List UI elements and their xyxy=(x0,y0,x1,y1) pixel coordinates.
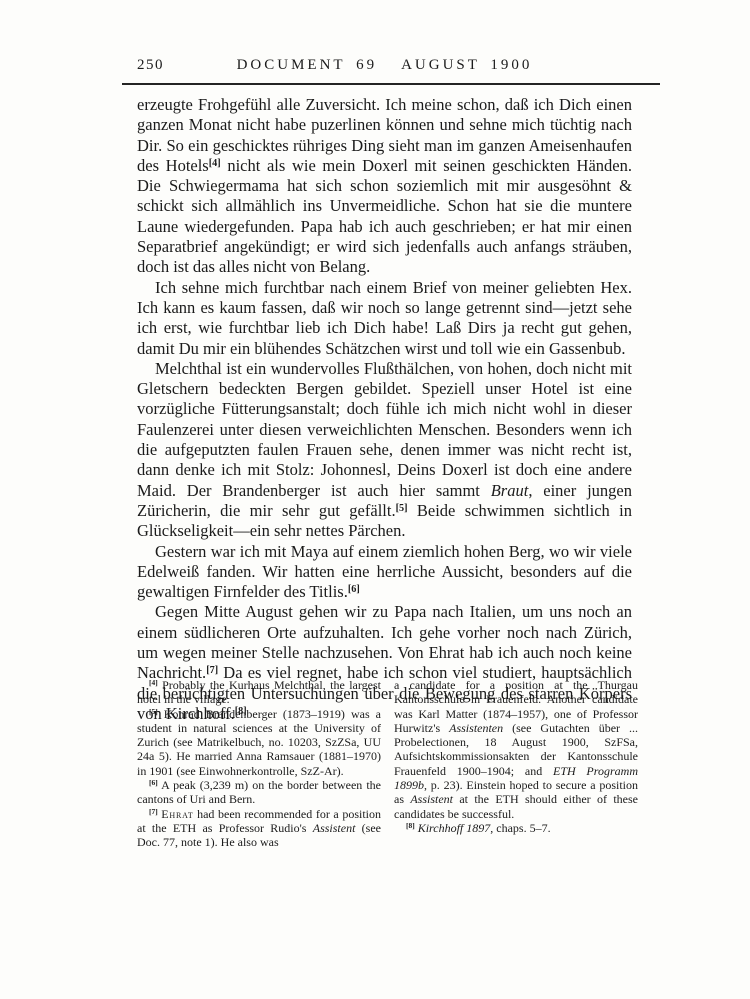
text-run: Gestern war ich mit Maya auf einem zieml… xyxy=(137,542,632,602)
footnote: [4] Probably the Kurhaus Melchthal, the … xyxy=(137,678,381,707)
footnote-marker: [4] xyxy=(209,158,221,169)
italic-text-run: Assistent xyxy=(410,792,453,806)
running-head-document-label: DOCUMENT 69 xyxy=(237,57,377,74)
text-run: Ich sehne mich furchtbar nach einem Brie… xyxy=(137,278,632,358)
footnote: [8] Kirchhoff 1897, chaps. 5–7. xyxy=(394,821,638,835)
footnote-marker: [6] xyxy=(149,778,158,787)
running-head: DOCUMENT 69 AUGUST 1900 xyxy=(137,57,632,74)
footnote: a candidate for a position at the Thurga… xyxy=(394,678,638,821)
footnote-marker: [4] xyxy=(149,678,158,687)
italic-text-run: Braut xyxy=(491,481,529,500)
letter-body-text: erzeugte Frohgefühl alle Zuversicht. Ich… xyxy=(137,95,632,724)
footnote-marker: [5] xyxy=(149,707,158,716)
body-paragraph: erzeugte Frohgefühl alle Zuversicht. Ich… xyxy=(137,95,632,278)
text-run: Melchthal ist ein wundervolles Flußthälc… xyxy=(137,359,632,500)
footnote-marker: [8] xyxy=(406,821,415,830)
text-run: Probably the Kurhaus Melchthal, the larg… xyxy=(137,678,381,706)
page-number: 250 xyxy=(137,57,164,74)
footnote-marker: [7] xyxy=(149,807,158,816)
footnote-marker: [5] xyxy=(396,503,408,514)
body-paragraph: Melchthal ist ein wundervolles Flußthälc… xyxy=(137,359,632,542)
footnotes-section: [4] Probably the Kurhaus Melchthal, the … xyxy=(137,678,638,850)
text-run: nicht als wie mein Doxerl mit seinen ges… xyxy=(137,156,632,276)
footnote-column-left: [4] Probably the Kurhaus Melchthal, the … xyxy=(137,678,381,850)
footnote-column-right: a candidate for a position at the Thurga… xyxy=(394,678,638,850)
body-paragraph: Gestern war ich mit Maya auf einem zieml… xyxy=(137,542,632,603)
italic-text-run: Assistent xyxy=(313,821,356,835)
footnote-marker: [7] xyxy=(206,665,218,676)
body-paragraph: Ich sehne mich furchtbar nach einem Brie… xyxy=(137,278,632,359)
italic-text-run: Kirchhoff 1897 xyxy=(418,821,491,835)
italic-text-run: Assistenten xyxy=(449,721,503,735)
header-rule xyxy=(122,83,660,85)
text-run: A peak (3,239 m) on the border between t… xyxy=(137,778,381,806)
running-head-date-label: AUGUST 1900 xyxy=(401,57,532,74)
book-page: 250 DOCUMENT 69 AUGUST 1900 erzeugte Fro… xyxy=(0,0,750,999)
footnote: [7] Ehrat had been recommended for a pos… xyxy=(137,807,381,850)
text-run: Konrad Brandenberger (1873–1919) was a s… xyxy=(137,707,381,778)
footnote-marker: [6] xyxy=(348,584,360,595)
footnote: [6] A peak (3,239 m) on the border betwe… xyxy=(137,778,381,807)
page-header: 250 DOCUMENT 69 AUGUST 1900 xyxy=(137,57,632,74)
footnote: [5] Konrad Brandenberger (1873–1919) was… xyxy=(137,707,381,778)
smallcaps-text-run: Ehrat xyxy=(161,807,193,821)
text-run: , chaps. 5–7. xyxy=(490,821,550,835)
